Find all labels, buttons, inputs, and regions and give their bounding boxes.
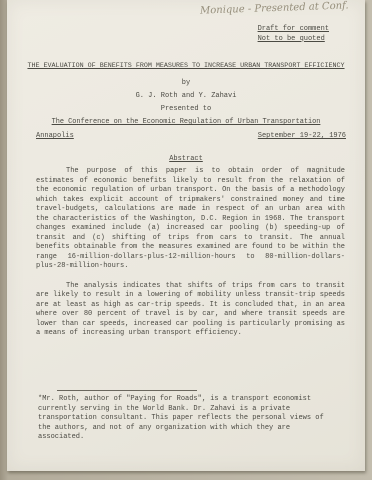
document-title: THE EVALUATION OF BENEFITS FROM MEASURES… — [7, 62, 365, 72]
conference-location: Annapolis — [36, 132, 74, 142]
footnote: *Mr. Roth, author of "Paying for Roads",… — [38, 395, 335, 443]
draft-stamp: Draft for comment Not to be quoted — [258, 25, 329, 44]
footnote-separator — [57, 390, 197, 391]
abstract-paragraph-2: The analysis indicates that shifts of tr… — [36, 282, 345, 339]
abstract-paragraph-1: The purpose of this paper is to obtain o… — [36, 167, 345, 272]
draft-stamp-line1: Draft for comment — [258, 25, 329, 35]
presented-to-label: Presented to — [7, 105, 365, 115]
abstract-heading: Abstract — [7, 155, 365, 165]
paper-sheet: Monique - Presented at Conf. Draft for c… — [7, 0, 365, 471]
scanned-page: Monique - Presented at Conf. Draft for c… — [0, 0, 372, 480]
conference-name: The Conference on the Economic Regulatio… — [7, 118, 365, 128]
place-date-row: Annapolis September 19-22, 1976 — [36, 132, 346, 142]
draft-stamp-line2: Not to be quoted — [258, 35, 329, 45]
byline: by — [7, 79, 365, 89]
authors: G. J. Roth and Y. Zahavi — [7, 92, 365, 102]
abstract-body: The purpose of this paper is to obtain o… — [36, 167, 345, 349]
handwritten-note: Monique - Presented at Conf. — [200, 0, 349, 16]
conference-date: September 19-22, 1976 — [258, 132, 346, 142]
